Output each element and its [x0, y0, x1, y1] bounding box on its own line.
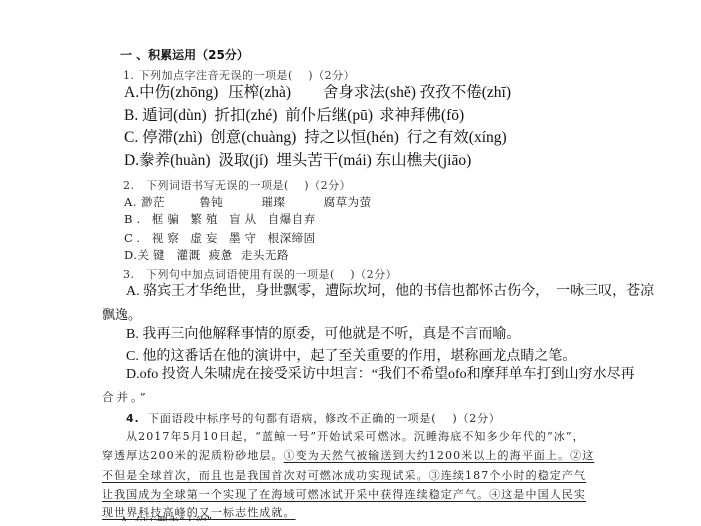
sentence-1: ①变为天然气被输送到大约1200米以上的海平面上。②这 — [284, 449, 595, 462]
q2-option-a: A. 渺茫 鲁钝 璀璨 腐草为萤 — [124, 197, 372, 209]
passage-line-1: 从2017年5月10日起，“蓝鲸一号”开始试采可燃冰。沉睡海底不知多少年代的“冰… — [126, 431, 585, 442]
q3-option-d-line1: D.ofo 投资人朱啸虎在接受采访中坦言：“我们不希望ofo和摩拜单车打到山穷水… — [126, 368, 635, 382]
passage-line-4: 让我国成为全球第一个实现了在海域可燃冰试开采中获得连续稳定产气。④这是中国人民实 — [102, 489, 586, 500]
question-1-stem: 1. 下列加点字注音无误的一项是( )（2分） — [123, 70, 355, 81]
sentence-3-start: ③连续187个小时的稳定产气 — [429, 469, 586, 482]
q1-option-c: C. 停滞(zhì) 创意(chuàng) 持之以恒(hén) 行之有效(xín… — [124, 130, 507, 146]
q3-option-b: B. 我再三向他解释事情的原委，可他就是不听，真是不言而喻。 — [126, 328, 520, 342]
q1-option-d: D.豢养(huàn) 汲取(jí) 埋头苦干(mái) 东山樵夫(jiāo) — [124, 153, 471, 169]
passage-line-3: 不但是全球首次，而且也是我国首次对可燃冰成功实现试采。③连续187个小时的稳定产… — [102, 470, 586, 481]
q2-option-c: C. 视察 虚妄 墨守 根深缔固 — [124, 233, 316, 245]
q2-option-b: B. 框骗 繁殖 盲从 自爆自弃 — [124, 214, 316, 226]
q3-option-d-line2: 合并。” — [102, 392, 149, 404]
q3-option-c: C. 他的这番话在他的演讲中，起了至关重要的作用，堪称画龙点睛之笔。 — [126, 350, 576, 364]
q2-option-d: D.关键 灌溉 疲惫 走头无路 — [124, 250, 289, 262]
section-title: 一 、积累运用（25分） — [120, 49, 249, 61]
q3-option-a-line1: A. 骆宾王才华绝世，身世飘零，遭际坎坷，他的书信也都怀古伤今， 一咏三叹，苍凉 — [126, 285, 654, 299]
question-3-stem: 3. 下列句中加点词语使用有误的一项是( )（2分） — [123, 269, 397, 280]
question-2-stem: 2. 下列词语书写无误的一项是( )（2分） — [123, 180, 351, 191]
q1-option-b: B. 遁词(dùn) 折扣(zhé) 前仆后继(pū) 求神拜佛(fō) — [124, 108, 464, 124]
sentence-2: 不但是全球首次，而且也是我国首次对可燃冰成功实现试采。 — [102, 469, 429, 482]
passage-line-2: 穿透厚达200米的泥质粉砂地层。①变为天然气被输送到大约1200米以上的海平面上… — [102, 450, 594, 461]
q4-option-a-partial: A. 句①删去“大约” — [120, 516, 212, 526]
sentence-3-end: 让我国成为全球第一个实现了在海域可燃冰试开采中获得连续稳定产气。 — [102, 488, 489, 501]
question-4-stem: 4. 下面语段中标序号的句都有语病，修改不正确的一项是( )（2分） — [126, 413, 501, 424]
sentence-4-start: ④这是中国人民实 — [489, 488, 586, 501]
q1-option-a: A.中伤(zhōng) 压榨(zhà) 舍身求法(shě) 孜孜不倦(zhī) — [124, 85, 511, 101]
q3-option-a-line2: 飘逸。 — [102, 308, 141, 321]
